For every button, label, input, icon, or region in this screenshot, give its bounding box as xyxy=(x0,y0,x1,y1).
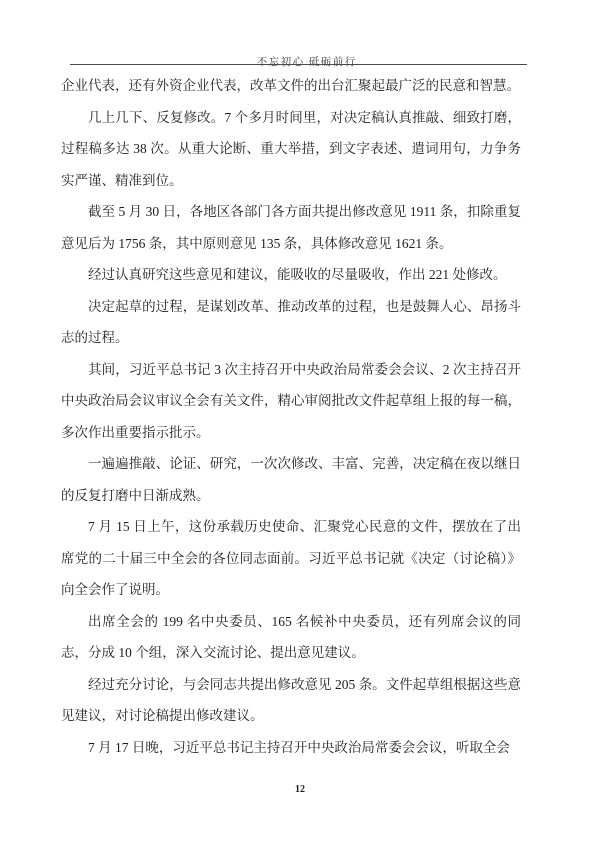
header-rule xyxy=(70,64,527,65)
page-footer: 12 xyxy=(0,784,600,795)
body-paragraph: 截至 5 月 30 日，各地区各部门各方面共提出修改意见 1911 条，扣除重复… xyxy=(61,196,521,259)
body-paragraph: 经过充分讨论，与会同志共提出修改意见 205 条。文件起草组根据这些意见建议，对… xyxy=(61,669,521,732)
body-paragraph: 决定起草的过程，是谋划改革、推动改革的过程，也是鼓舞人心、昂扬斗志的过程。 xyxy=(61,291,521,354)
body-paragraph: 几上几下、反复修改。7 个多月时间里，对决定稿认真推敲、细致打磨，过程稿多达 3… xyxy=(61,102,521,197)
body-paragraph: 出席全会的 199 名中央委员、165 名候补中央委员，还有列席会议的同志，分成… xyxy=(61,606,521,669)
body-paragraph: 7 月 17 日晚，习近平总书记主持召开中央政治局常委会会议，听取全会 xyxy=(61,732,521,764)
body-paragraph: 一遍遍推敲、论证、研究，一次次修改、丰富、完善，决定稿在夜以继日的反复打磨中日渐… xyxy=(61,448,521,511)
body-paragraph: 企业代表，还有外资企业代表，改革文件的出台汇聚起最广泛的民意和智慧。 xyxy=(61,70,521,102)
document-page: 不忘初心 砥砺前行 企业代表，还有外资企业代表，改革文件的出台汇聚起最广泛的民意… xyxy=(0,0,600,848)
body-paragraph: 经过认真研究这些意见和建议，能吸收的尽量吸收，作出 221 处修改。 xyxy=(61,259,521,291)
header-title: 不忘初心 砥砺前行 xyxy=(257,57,357,68)
page-number: 12 xyxy=(295,784,305,795)
body-paragraph: 7 月 15 日上午，这份承载历史使命、汇聚党心民意的文件，摆放在了出席党的二十… xyxy=(61,511,521,606)
body-paragraph: 其间，习近平总书记 3 次主持召开中央政治局常委会会议、2 次主持召开中央政治局… xyxy=(61,354,521,449)
document-body: 企业代表，还有外资企业代表，改革文件的出台汇聚起最广泛的民意和智慧。几上几下、反… xyxy=(61,70,521,763)
